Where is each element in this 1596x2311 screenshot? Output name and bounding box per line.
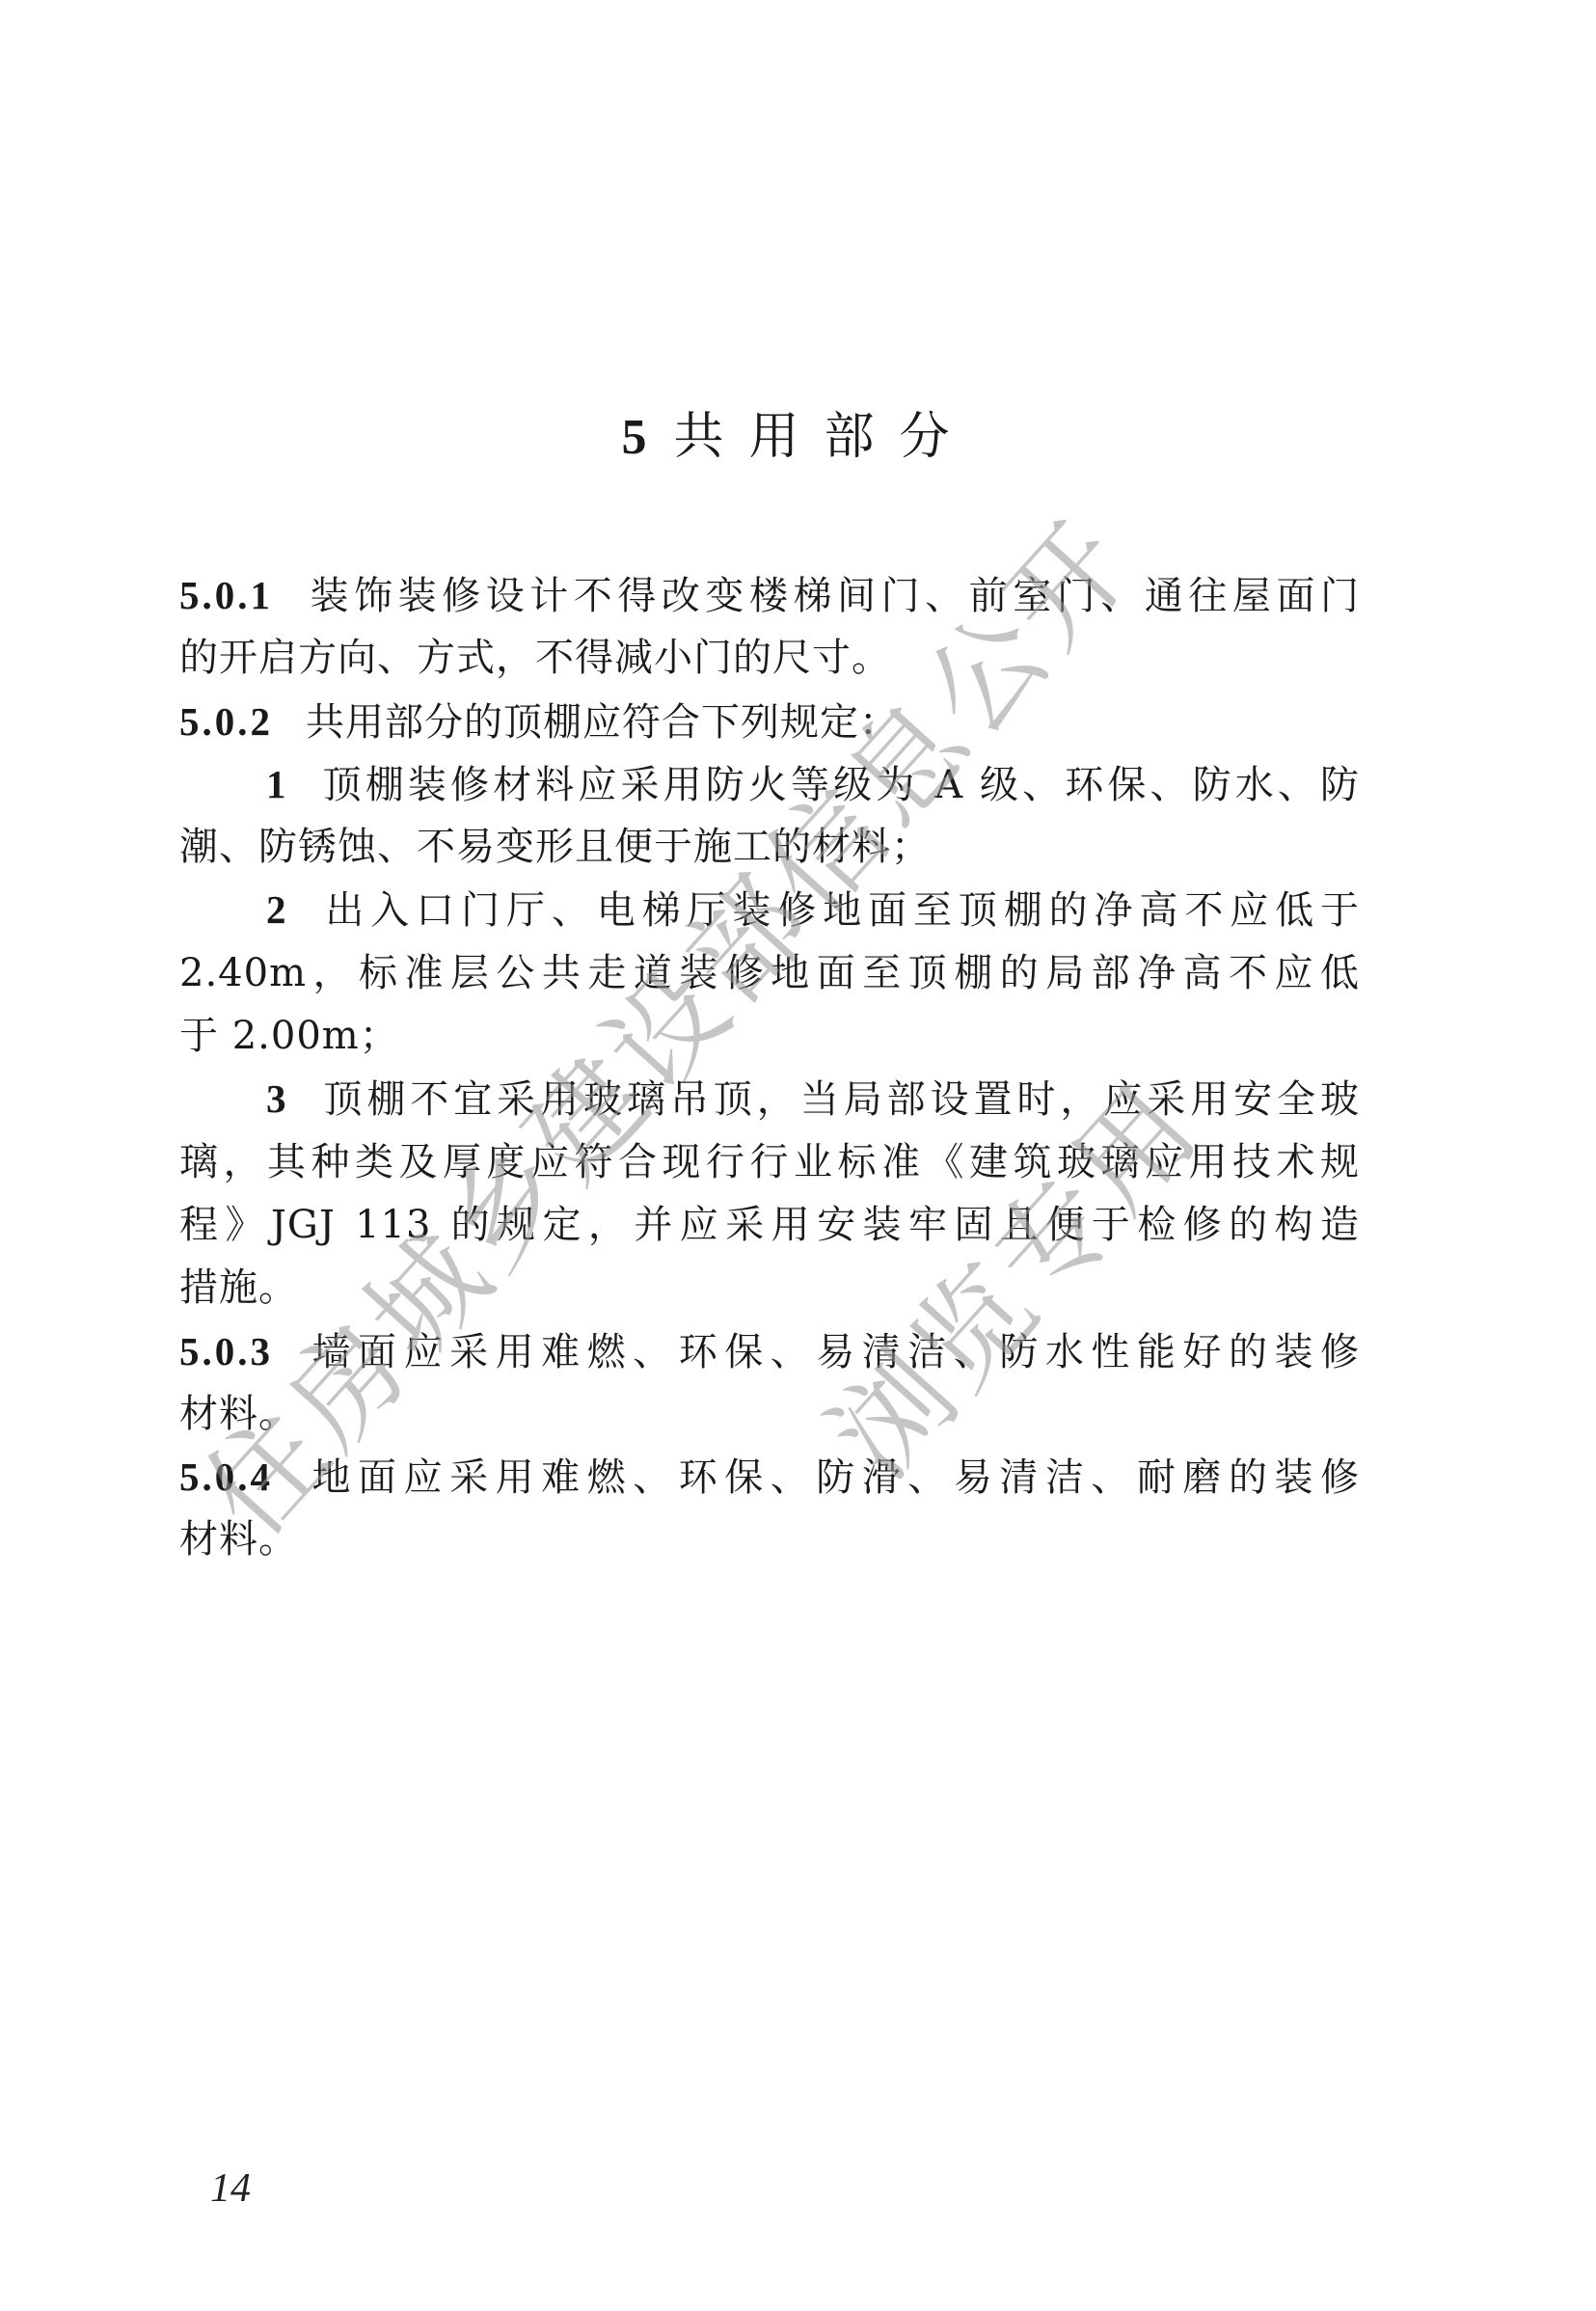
chapter-title: 5共用部分 bbox=[0, 395, 1596, 468]
item-3-line-4: 措施。 bbox=[179, 1257, 1360, 1319]
clause-text: 共用部分的顶棚应符合下列规定： bbox=[306, 700, 899, 745]
clause-5-0-4-line-1: 5.0.4地面应采用难燃、环保、防滑、易清洁、耐磨的装修 bbox=[179, 1446, 1360, 1509]
item-3-line-2: 璃，其种类及厚度应符合现行行业标准《建筑玻璃应用技术规 bbox=[179, 1131, 1360, 1194]
item-number: 2 bbox=[266, 887, 287, 932]
item-number: 3 bbox=[266, 1076, 287, 1121]
clause-number: 5.0.4 bbox=[179, 1455, 273, 1499]
clause-5-0-4-line-2: 材料。 bbox=[179, 1509, 1360, 1571]
chapter-body: 5.0.1装饰装修设计不得改变楼梯间门、前室门、通往屋面门 的开启方向、方式，不… bbox=[179, 564, 1360, 1572]
item-number: 1 bbox=[266, 762, 287, 806]
item-2-line-3: 于 2.00m； bbox=[179, 1005, 1360, 1068]
clause-5-0-1-line-1: 5.0.1装饰装修设计不得改变楼梯间门、前室门、通往屋面门 bbox=[179, 564, 1360, 627]
chapter-title-text: 共用部分 bbox=[673, 408, 974, 466]
item-text: 璃，其种类及厚度应符合现行行业标准《建筑玻璃应用技术规 bbox=[179, 1140, 1360, 1184]
clause-number: 5.0.2 bbox=[179, 699, 273, 744]
item-2-line-1: 2出入口门厅、电梯厅装修地面至顶棚的净高不应低于 bbox=[179, 879, 1360, 941]
item-2-line-2: 2.40m，标准层公共走道装修地面至顶棚的局部净高不应低 bbox=[179, 942, 1360, 1005]
clause-5-0-3-line-1: 5.0.3墙面应采用难燃、环保、易清洁、防水性能好的装修 bbox=[179, 1320, 1360, 1383]
item-3-line-1: 3顶棚不宜采用玻璃吊顶，当局部设置时，应采用安全玻 bbox=[179, 1068, 1360, 1130]
clause-5-0-1-line-2: 的开启方向、方式，不得减小门的尺寸。 bbox=[179, 627, 1360, 690]
item-text: 顶棚装修材料应采用防火等级为 A 级、环保、防水、防 bbox=[320, 763, 1361, 807]
item-text: 措施。 bbox=[179, 1265, 298, 1310]
clause-text: 墙面应采用难燃、环保、易清洁、防水性能好的装修 bbox=[306, 1330, 1360, 1374]
clause-number: 5.0.1 bbox=[179, 573, 273, 617]
item-text: 潮、防锈蚀、不易变形且便于施工的材料； bbox=[179, 825, 931, 869]
item-1-line-1: 1顶棚装修材料应采用防火等级为 A 级、环保、防水、防 bbox=[179, 753, 1360, 816]
clause-text: 地面应采用难燃、环保、防滑、易清洁、耐磨的装修 bbox=[306, 1455, 1360, 1500]
clause-number: 5.0.3 bbox=[179, 1329, 273, 1373]
item-text: 于 2.00m； bbox=[179, 1014, 399, 1058]
item-text: 2.40m，标准层公共走道装修地面至顶棚的局部净高不应低 bbox=[179, 951, 1360, 995]
item-text: 顶棚不宜采用玻璃吊顶，当局部设置时，应采用安全玻 bbox=[320, 1077, 1361, 1122]
clause-text: 装饰装修设计不得改变楼梯间门、前室门、通往屋面门 bbox=[306, 574, 1360, 618]
item-1-line-2: 潮、防锈蚀、不易变形且便于施工的材料； bbox=[179, 816, 1360, 879]
item-text: 出入口门厅、电梯厅装修地面至顶棚的净高不应低于 bbox=[320, 888, 1361, 933]
item-text: 程》JGJ 113 的规定，并应采用安装牢固且便于检修的构造 bbox=[179, 1203, 1360, 1247]
chapter-number: 5 bbox=[621, 410, 646, 465]
clause-text: 材料。 bbox=[179, 1517, 298, 1562]
clause-5-0-2-line-1: 5.0.2共用部分的顶棚应符合下列规定： bbox=[179, 691, 1360, 753]
clause-5-0-3-line-2: 材料。 bbox=[179, 1383, 1360, 1446]
clause-text: 的开启方向、方式，不得减小门的尺寸。 bbox=[179, 636, 891, 680]
page-number: 14 bbox=[210, 2165, 251, 2212]
clause-text: 材料。 bbox=[179, 1392, 298, 1436]
item-3-line-3: 程》JGJ 113 的规定，并应采用安装牢固且便于检修的构造 bbox=[179, 1194, 1360, 1257]
document-page: 5共用部分 5.0.1装饰装修设计不得改变楼梯间门、前室门、通往屋面门 的开启方… bbox=[0, 0, 1596, 2311]
